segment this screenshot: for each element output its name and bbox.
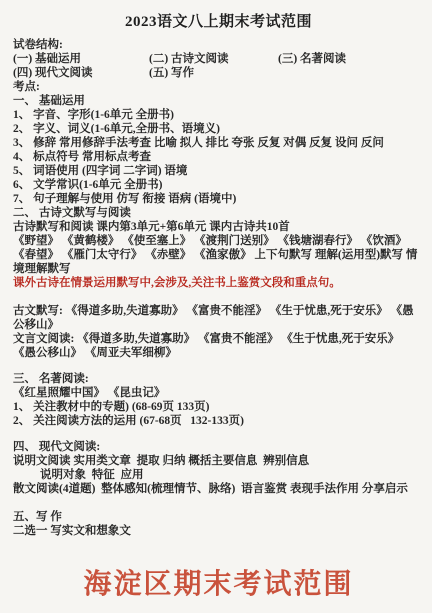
section2-heading: 二、 古诗文默写与阅读 — [13, 206, 424, 220]
section1-heading: 一、 基础运用 — [13, 94, 424, 108]
section1-item-5: 5、 词语使用 (四字词 二字词) 语境 — [13, 164, 424, 178]
structure-item-basic-use: (一) 基础运用 — [13, 52, 149, 66]
structure-row-2: (四) 现代文阅读 (五) 写作 — [13, 66, 424, 80]
footer-watermark: 海淀区期末考试范围 — [13, 562, 424, 602]
document-title: 2023语文八上期末考试范围 — [13, 10, 424, 31]
section4-object-line: 说明对象 特征 应用 — [13, 468, 424, 482]
section4-prose-line: 散文阅读(4道题) 整体感知(梳理情节、脉络) 语言鉴赏 表现手法作用 分享启示 — [13, 482, 424, 496]
document-page: 2023语文八上期末考试范围 试卷结构: (一) 基础运用 (二) 古诗文阅读 … — [0, 0, 432, 613]
structure-item-modern-reading: (四) 现代文阅读 — [13, 66, 149, 80]
section3-books: 《红星照耀中国》 《昆虫记》 — [13, 386, 424, 400]
section1-item-4: 4、 标点符号 常用标点考查 — [13, 150, 424, 164]
structure-item-famous-books: (三) 名著阅读 — [278, 52, 346, 66]
section2-red-note: 课外古诗在情景运用默写中,会涉及,关注书上鉴赏文段和重点句。 — [13, 276, 424, 290]
section4-expository-line: 说明文阅读 实用类文章 提取 归纳 概括主要信息 辨别信息 — [13, 454, 424, 468]
structure-item-classical-reading: (二) 古诗文阅读 — [149, 52, 278, 66]
section2-classical-reading: 文言文阅读: 《得道多助,失道寡助》 《富贵不能淫》 《生于忧患,死于安乐》 《… — [13, 332, 424, 360]
points-heading: 考点: — [13, 80, 424, 94]
structure-row-1: (一) 基础运用 (二) 古诗文阅读 (三) 名著阅读 — [13, 52, 424, 66]
section5-heading: 五、写 作 — [13, 510, 424, 524]
section1-item-3: 3、 修辞 常用修辞手法考查 比喻 拟人 排比 夸张 反复 对偶 反复 设问 反… — [13, 136, 424, 150]
structure-item-writing: (五) 写作 — [149, 66, 278, 80]
section1-item-2: 2、 字义、词义(1-6单元,全册书、语境义) — [13, 122, 424, 136]
section2-poems: 《野望》 《黄鹤楼》 《使至塞上》 《渡荆门送别》 《钱塘湖春行》 《饮酒》 《… — [13, 234, 424, 276]
section5-line: 二选一 写实文和想象文 — [13, 524, 424, 538]
section1-item-1: 1、 字音、字形(1-6单元 全册书) — [13, 108, 424, 122]
structure-heading: 试卷结构: — [13, 38, 424, 52]
section1-item-7: 7、 句子理解与使用 仿写 衔接 语病 (语境中) — [13, 192, 424, 206]
section2-intro: 古诗默写和阅读 课内第3单元+第6单元 课内古诗共10首 — [13, 220, 424, 234]
section2-ancient-prose: 古文默写: 《得道多助,失道寡助》 《富贵不能淫》 《生于忧患,死于安乐》 《愚… — [13, 304, 424, 332]
section3-item-2: 2、 关注阅读方法的运用 (67-68页 132-133页) — [13, 414, 424, 428]
section4-heading: 四、 现代文阅读: — [13, 440, 424, 454]
section3-item-1: 1、 关注教材中的专题) (68-69页 133页) — [13, 400, 424, 414]
section1-item-6: 6、 文学常识(1-6单元 全册书) — [13, 178, 424, 192]
section3-heading: 三、 名著阅读: — [13, 372, 424, 386]
